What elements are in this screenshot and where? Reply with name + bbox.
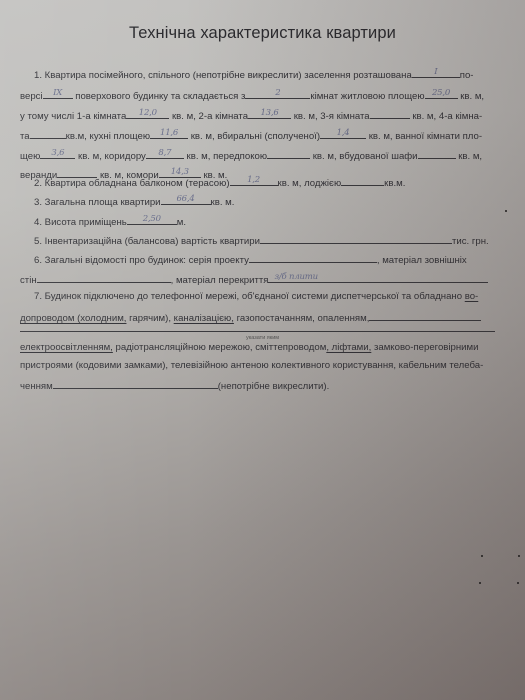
toilet-value: 1,4 (320, 128, 366, 138)
walls-material-field[interactable] (37, 272, 171, 283)
hallway-field[interactable] (267, 148, 310, 159)
height-value: 2,50 (127, 214, 177, 224)
balcony-field[interactable]: 1,2 (230, 175, 278, 186)
other-utilities-caption: указати яким (0, 335, 525, 341)
kitchen-value: 11,6 (150, 128, 188, 138)
item7-line4: пристроями (кодовими замками), телевізій… (20, 360, 483, 372)
item1-line3: у тому числі 1-а кімната12,0 кв. м, 2-а … (20, 108, 482, 123)
item1-line5: щею3,6 кв. м, коридору8,7 кв. м, передпо… (20, 148, 482, 163)
item1-text: у тому числі 1-а кімната (20, 111, 126, 122)
balcony-value: 1,2 (230, 175, 278, 185)
item1-text: кв. м, вбудованої шафи (313, 151, 418, 162)
floor-value: I (412, 67, 460, 77)
document-page: Технічна характеристика квартири 1. Квар… (0, 0, 525, 700)
storeys-value: IX (43, 88, 73, 98)
item4-text: 4. Висота приміщень (34, 217, 127, 228)
item7-text: (непотрібне викреслити). (218, 381, 330, 392)
item6-line1: 6. Загальні відомості про будинок: серія… (34, 252, 467, 267)
item1-text: кв. м, 3-я кімната (294, 111, 370, 122)
item1-text-tail: по- (460, 70, 474, 81)
storeys-field[interactable]: IX (43, 88, 73, 99)
item1-text: кв. м, коридору (78, 151, 146, 162)
item1-text: кв. м, вбиральні (сполученої) (191, 131, 320, 142)
item1-text: кімнат житловою площею (310, 91, 424, 102)
living-area-field[interactable]: 25,0 (425, 88, 458, 99)
project-series-field[interactable] (249, 252, 377, 263)
item7-underlined: во- (465, 291, 479, 302)
item2-text: кв. м, лоджією (278, 178, 342, 189)
room2-value: 13,6 (248, 108, 291, 118)
item1-text: кв. м, 2-а кімната (172, 111, 248, 122)
bathroom-field[interactable]: 3,6 (40, 148, 75, 159)
ceiling-material-value: з/б плити (268, 272, 488, 282)
item7-underlined: допроводом (холодним, (20, 313, 126, 324)
item4-line: 4. Висота приміщень2,50м. (34, 214, 186, 229)
item1-text: та (20, 131, 30, 142)
item3-line: 3. Загальна площа квартири66,4кв. м. (34, 194, 234, 209)
item1-text: 1. Квартира посімейного, спільного (непо… (34, 70, 412, 81)
binder-hole (481, 555, 483, 557)
binder-hole (518, 555, 520, 557)
kitchen-field[interactable]: 11,6 (150, 128, 188, 139)
rooms-field[interactable]: 2 (245, 88, 310, 99)
bathroom-value: 3,6 (40, 148, 75, 158)
item7-text: газопостачанням, опаленням, (234, 313, 369, 324)
item1-text: кв. м, (458, 151, 482, 162)
room1-field[interactable]: 12,0 (126, 108, 169, 119)
item1-text: поверхового будинку та складається з (75, 91, 245, 102)
cable-tv-field[interactable] (53, 378, 218, 389)
item7-text: 7. Будинок підключено до телефонної мере… (34, 291, 462, 302)
item2-line: 2. Квартира обладнана балконом (терасою)… (34, 175, 405, 190)
room3-field[interactable] (370, 108, 410, 119)
total-area-value: 66,4 (161, 194, 211, 204)
item5-text: 5. Інвентаризаційна (балансова) вартість… (34, 236, 260, 247)
corridor-value: 8,7 (146, 148, 184, 158)
other-utilities-field[interactable] (369, 310, 481, 321)
item1-line2: версіIX поверхового будинку та складаєть… (20, 88, 484, 103)
item7-text: радіотрансляційною мережою, сміттепровод… (113, 342, 326, 353)
item7-text: замково-переговірними (371, 342, 478, 353)
corridor-field[interactable]: 8,7 (146, 148, 184, 159)
total-area-field[interactable]: 66,4 (161, 194, 211, 205)
item6-text: , матеріал зовнішніх (377, 255, 467, 266)
item6-text: , матеріал перекриття (171, 275, 269, 286)
item4-text: м. (177, 217, 186, 228)
item6-line2: стін, матеріал перекриттяз/б плити (20, 272, 488, 287)
item6-text: стін (20, 275, 37, 286)
item7-underlined: електроосвітленням, (20, 342, 113, 353)
item1-text: кв. м, ванної кімнати пло- (369, 131, 482, 142)
item7-underlined: , ліфтами, (326, 342, 371, 353)
living-area-value: 25,0 (425, 88, 458, 98)
item7-line1: 7. Будинок підключено до телефонної мере… (34, 291, 478, 303)
item1-text: кв. м, (460, 91, 484, 102)
item3-text: кв. м. (211, 197, 235, 208)
item1-text: щею (20, 151, 40, 162)
item2-text: кв.м. (384, 178, 405, 189)
item7-text: пристроями (кодовими замками), телевізій… (20, 360, 483, 371)
item7-underlined: каналізацією, (174, 313, 234, 324)
item3-text: 3. Загальна площа квартири (34, 197, 161, 208)
binder-hole (517, 582, 519, 584)
room2-field[interactable]: 13,6 (248, 108, 291, 119)
paper-speck (505, 210, 507, 212)
item6-text: 6. Загальні відомості про будинок: серія… (34, 255, 249, 266)
inventory-value-field[interactable] (260, 233, 452, 244)
wardrobe-field[interactable] (418, 148, 456, 159)
item7-text: ченням (20, 381, 53, 392)
floor-field[interactable]: I (412, 67, 460, 78)
room4-field[interactable] (30, 128, 66, 139)
item1-text: версі (20, 91, 43, 102)
document-title: Технічна характеристика квартири (0, 24, 525, 43)
item5-text: тис. грн. (452, 236, 489, 247)
room1-value: 12,0 (126, 108, 169, 118)
loggia-field[interactable] (341, 175, 384, 186)
item2-text: 2. Квартира обладнана балконом (терасою) (34, 178, 230, 189)
item7-line2: допроводом (холодним, гарячим), каналіза… (20, 310, 481, 325)
toilet-field[interactable]: 1,4 (320, 128, 366, 139)
rooms-value: 2 (245, 88, 310, 98)
item1-text: кв. м, 4-а кімна- (412, 111, 482, 122)
height-field[interactable]: 2,50 (127, 214, 177, 225)
item5-line: 5. Інвентаризаційна (балансова) вартість… (34, 233, 489, 248)
binder-hole (479, 582, 481, 584)
item1-text: кв.м, кухні площею (66, 131, 150, 142)
item1-line4: такв.м, кухні площею11,6 кв. м, вбиральн… (20, 128, 482, 143)
item7-text: гарячим), (126, 313, 171, 324)
item1-text: кв. м, передпокою (187, 151, 268, 162)
other-utilities-line[interactable] (20, 331, 495, 332)
item7-line3: електроосвітленням, радіотрансляційною м… (20, 342, 478, 354)
item7-line5: ченням(непотрібне викреслити). (20, 378, 329, 393)
item1-line1: 1. Квартира посімейного, спільного (непо… (34, 67, 474, 82)
ceiling-material-field[interactable]: з/б плити (268, 272, 488, 283)
